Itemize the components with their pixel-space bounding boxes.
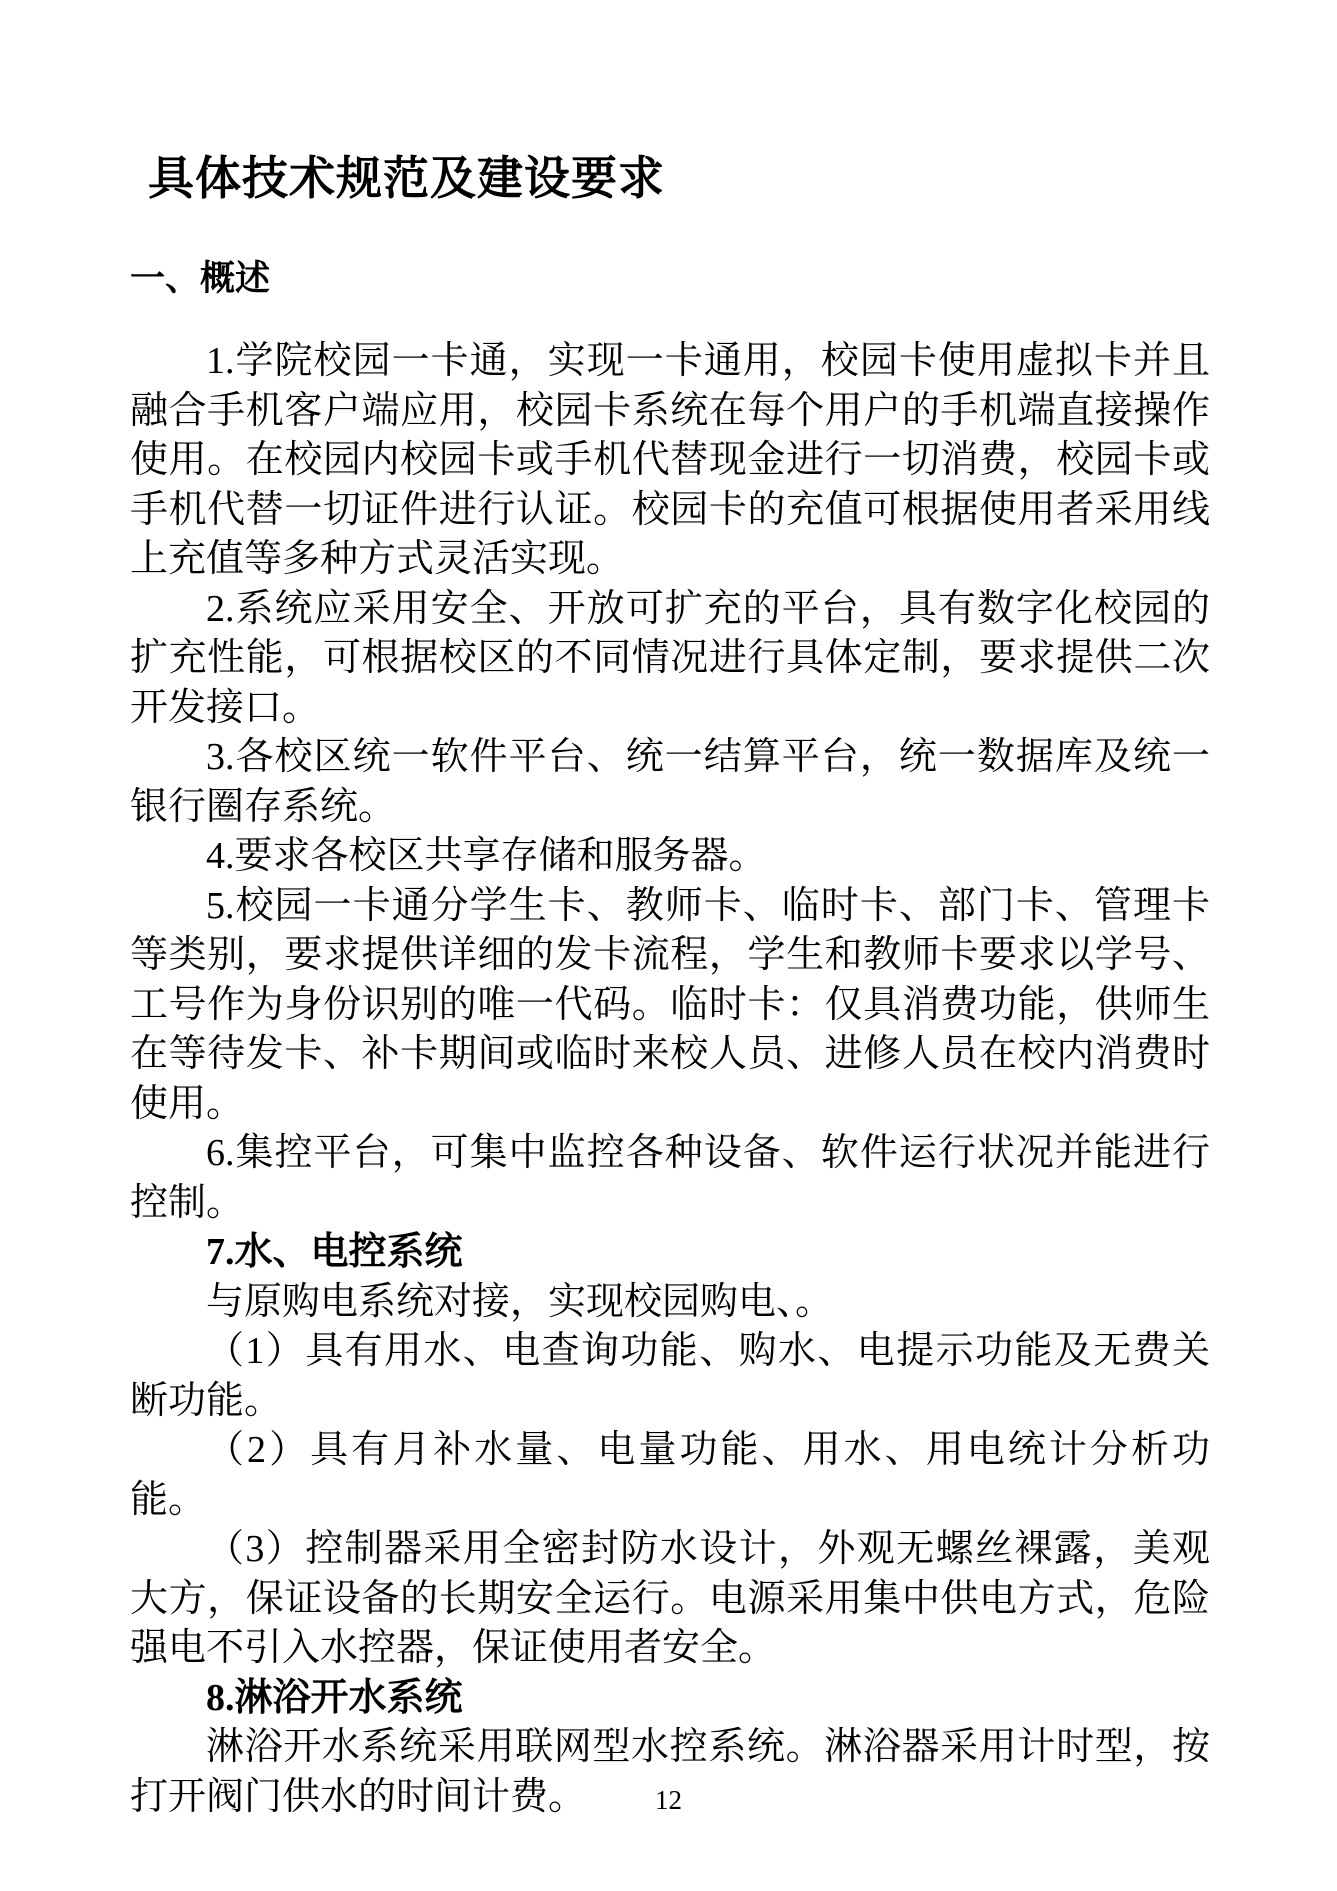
body-paragraph: 3.各校区统一软件平台、统一结算平台，统一数据库及统一银行圈存系统。: [130, 733, 1210, 832]
body-paragraph: 2.系统应采用安全、开放可扩充的平台，具有数字化校园的扩充性能，可根据校区的不同…: [130, 585, 1210, 734]
body-paragraph: 4.要求各校区共享存储和服务器。: [130, 832, 1210, 882]
body-paragraph: 与原购电系统对接，实现校园购电、。: [130, 1278, 1210, 1328]
body-paragraph: （3）控制器采用全密封防水设计，外观无螺丝裸露，美观大方，保证设备的长期安全运行…: [130, 1525, 1210, 1674]
section-heading-overview: 一、概述: [130, 258, 1210, 300]
sub-heading: 7.水、电控系统: [130, 1228, 1210, 1278]
sub-heading: 8.淋浴开水系统: [130, 1674, 1210, 1724]
document-title: 具体技术规范及建设要求: [148, 150, 1210, 208]
document-body: 1.学院校园一卡通，实现一卡通用，校园卡使用虚拟卡并且融合手机客户端应用，校园卡…: [130, 337, 1210, 1822]
document-page: 具体技术规范及建设要求 一、概述 1.学院校园一卡通，实现一卡通用，校园卡使用虚…: [0, 0, 1337, 1891]
body-paragraph: （1）具有用水、电查询功能、购水、电提示功能及无费关断功能。: [130, 1327, 1210, 1426]
body-paragraph: 1.学院校园一卡通，实现一卡通用，校园卡使用虚拟卡并且融合手机客户端应用，校园卡…: [130, 337, 1210, 585]
body-paragraph: （2）具有月补水量、电量功能、用水、用电统计分析功能。: [130, 1426, 1210, 1525]
body-paragraph: 5.校园一卡通分学生卡、教师卡、临时卡、部门卡、管理卡等类别，要求提供详细的发卡…: [130, 882, 1210, 1130]
page-number: 12: [0, 1785, 1337, 1815]
body-paragraph: 6.集控平台，可集中监控各种设备、软件运行状况并能进行控制。: [130, 1129, 1210, 1228]
